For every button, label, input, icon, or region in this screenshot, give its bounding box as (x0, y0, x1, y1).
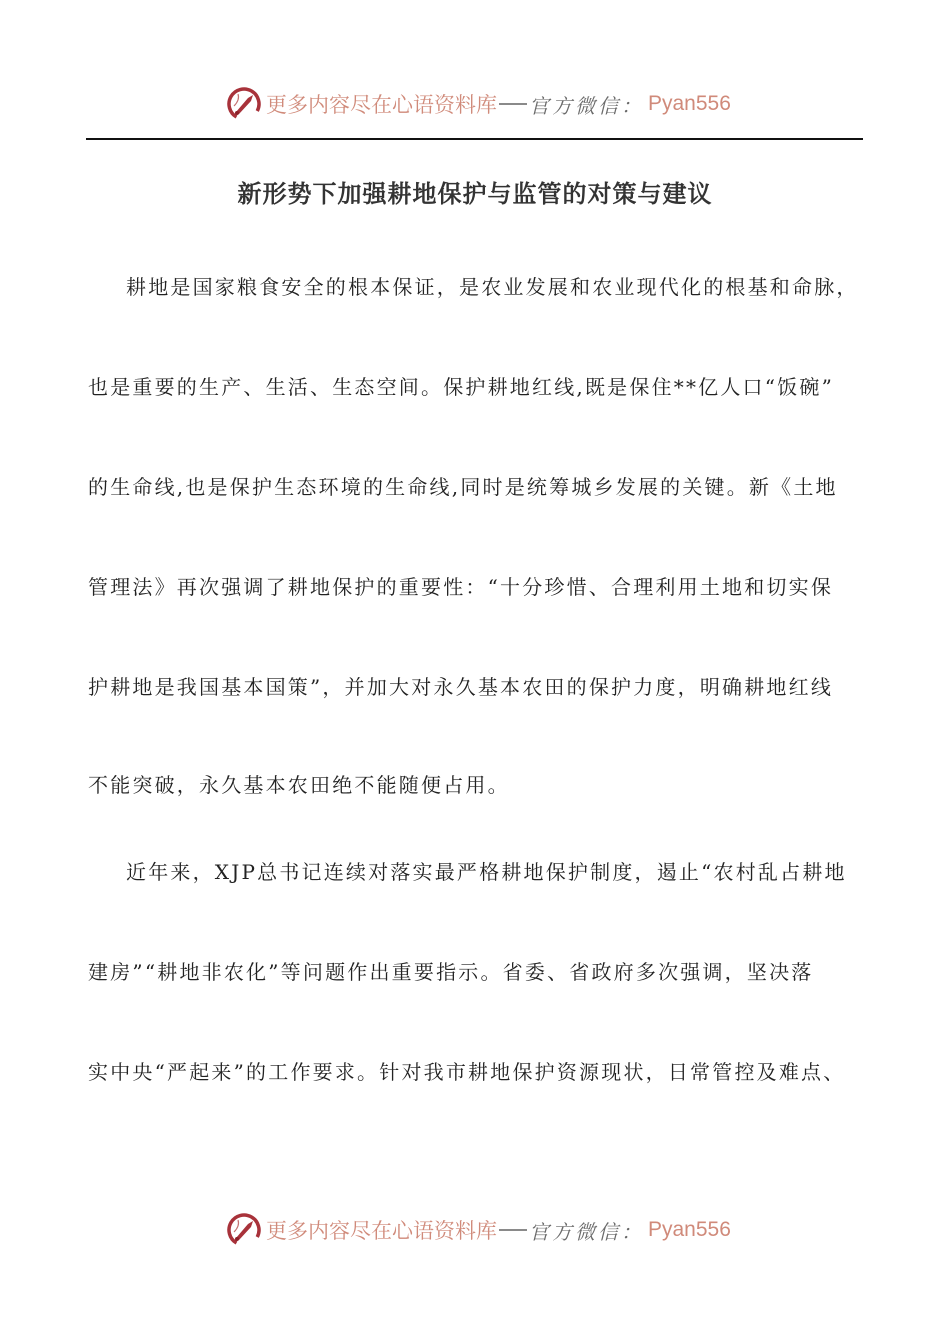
paragraph-line: 实中央“严起来”的工作要求。针对我市耕地保护资源现状，日常管控及难点、 (88, 1057, 864, 1087)
paragraph-line: 管理法》再次强调了耕地保护的重要性：“十分珍惜、合理利用土地和切实保 (88, 572, 864, 602)
em-dash-divider (499, 103, 527, 105)
quill-pen-logo-icon (226, 86, 262, 122)
footer-watermark-banner: 更多内容尽在心语资料库 官方微信： Pyan556 (226, 1210, 731, 1250)
wechat-id: Pyan556 (648, 92, 731, 116)
brand-text: 更多内容尽在心语资料库 (266, 89, 497, 119)
official-wechat-label: 官方微信： (529, 90, 644, 119)
paragraph-line: 护耕地是我国基本国策”，并加大对永久基本农田的保护力度，明确耕地红线 (88, 672, 864, 702)
header-divider-rule (86, 138, 863, 140)
paragraph-line: 耕地是国家粮食安全的根本保证，是农业发展和农业现代化的根基和命脉， (126, 272, 864, 302)
paragraph-line: 建房”“耕地非农化”等问题作出重要指示。省委、省政府多次强调，坚决落 (88, 957, 864, 987)
quill-pen-logo-icon (226, 1212, 262, 1248)
header-watermark-banner: 更多内容尽在心语资料库 官方微信： Pyan556 (226, 84, 731, 124)
document-title: 新形势下加强耕地保护与监管的对策与建议 (0, 174, 950, 209)
paragraph-line: 不能突破，永久基本农田绝不能随便占用。 (88, 770, 864, 800)
paragraph-line: 也是重要的生产、生活、生态空间。保护耕地红线,既是保住**亿人口“饭碗” (88, 372, 864, 402)
em-dash-divider (499, 1229, 527, 1231)
official-wechat-label: 官方微信： (529, 1216, 644, 1245)
paragraph-line: 近年来，XJP总书记连续对落实最严格耕地保护制度，遏止“农村乱占耕地 (126, 857, 864, 887)
paragraph-line: 的生命线,也是保护生态环境的生命线,同时是统筹城乡发展的关键。新《土地 (88, 472, 864, 502)
wechat-id: Pyan556 (648, 1218, 731, 1242)
brand-text: 更多内容尽在心语资料库 (266, 1215, 497, 1245)
